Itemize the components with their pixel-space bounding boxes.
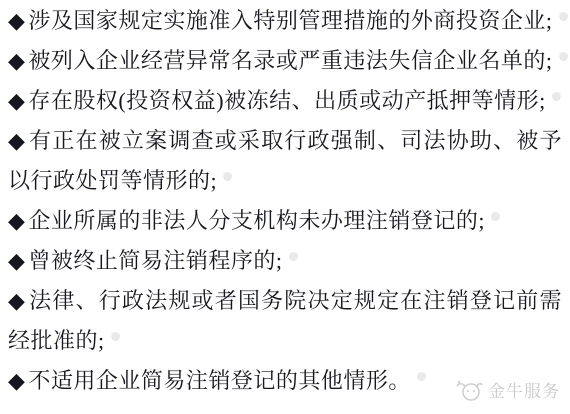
diamond-bullet-icon: ◆ [8, 48, 25, 73]
list-item-text: 有正在被立案调查或采取行政强制、司法协助、被予以行政处罚等情形的; [8, 128, 562, 193]
list-item: ◆被列入企业经营异常名录或严重违法失信企业名单的; [8, 41, 562, 81]
list-item: ◆企业所属的非法人分支机构未办理注销登记的; [8, 201, 562, 241]
list-item-text: 涉及国家规定实施准入特别管理措施的外商投资企业; [28, 8, 552, 33]
diamond-bullet-icon: ◆ [8, 288, 26, 313]
list-item-text: 法律、行政法规或者国务院决定规定在注销登记前需经批准的; [8, 288, 562, 353]
watermark: 金牛服务 [455, 377, 560, 402]
list-item: ◆曾被终止简易注销程序的; [8, 241, 562, 281]
bull-logo-icon [455, 378, 483, 402]
diamond-bullet-icon: ◆ [8, 368, 25, 393]
list-item: ◆有正在被立案调查或采取行政强制、司法协助、被予以行政处罚等情形的; [8, 121, 562, 201]
list-item: ◆法律、行政法规或者国务院决定规定在注销登记前需经批准的; [8, 281, 562, 361]
watermark-label: 金牛服务 [488, 377, 560, 402]
list-item-text: 不适用企业简易注销登记的其他情形。 [28, 368, 411, 393]
diamond-bullet-icon: ◆ [8, 88, 25, 113]
diamond-bullet-icon: ◆ [8, 248, 25, 273]
list-item: ◆涉及国家规定实施准入特别管理措施的外商投资企业; [8, 1, 562, 41]
article-body: ◆涉及国家规定实施准入特别管理措施的外商投资企业; ◆被列入企业经营异常名录或严… [0, 0, 570, 401]
list-item-text: 被列入企业经营异常名录或严重违法失信企业名单的; [28, 48, 552, 73]
diamond-bullet-icon: ◆ [8, 8, 25, 33]
bullet-list: ◆涉及国家规定实施准入特别管理措施的外商投资企业; ◆被列入企业经营异常名录或严… [0, 0, 570, 401]
diamond-bullet-icon: ◆ [8, 128, 26, 153]
list-item-text: 存在股权(投资权益)被冻结、出质或动产抵押等情形; [28, 88, 545, 113]
diamond-bullet-icon: ◆ [8, 208, 25, 233]
list-item: ◆存在股权(投资权益)被冻结、出质或动产抵押等情形; [8, 81, 562, 121]
list-item-text: 曾被终止简易注销程序的; [28, 248, 282, 273]
list-item-text: 企业所属的非法人分支机构未办理注销登记的; [28, 208, 485, 233]
